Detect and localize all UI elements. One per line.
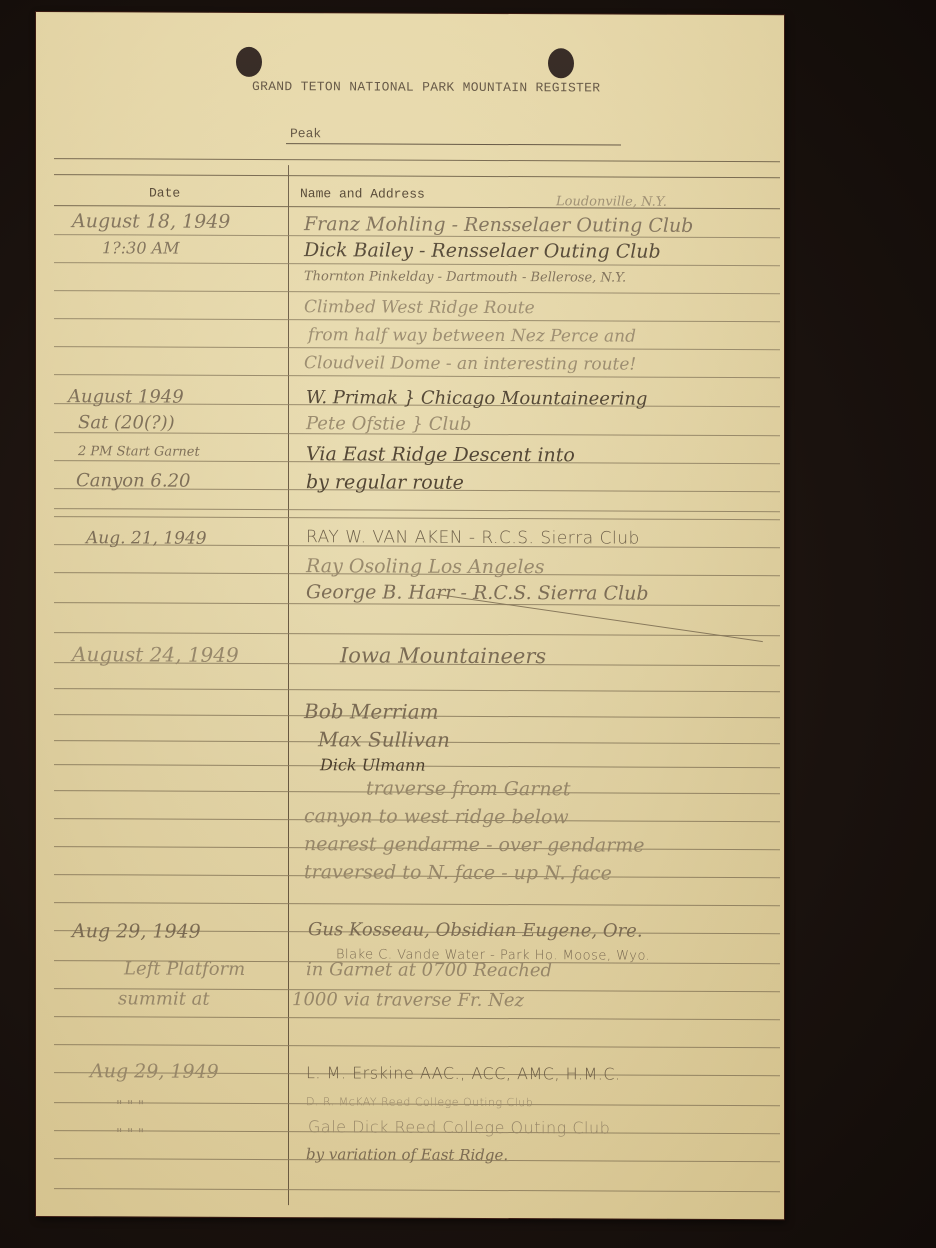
entry-address: Loudonville, N.Y. — [556, 194, 667, 209]
peak-blank-line — [286, 143, 621, 146]
entry-note: Climbed West Ridge Route — [304, 297, 535, 318]
entry-note: traverse from Garnet — [366, 777, 570, 800]
entry-time: 1?:30 AM — [102, 238, 180, 257]
entry-name: Dick Bailey - Rensselaer Outing Club — [304, 239, 661, 263]
entry-name: Ray Osoling Los Angeles — [306, 555, 544, 578]
entry-name: Dick Ulmann — [320, 755, 426, 774]
column-header-date: Date — [149, 185, 180, 200]
register-title: GRAND TETON NATIONAL PARK MOUNTAIN REGIS… — [252, 79, 600, 96]
entry-name: Bob Merriam — [304, 699, 439, 724]
entry-time: Left Platform — [124, 958, 245, 980]
entry-name: Gus Kosseau, Obsidian Eugene, Ore. — [308, 919, 643, 941]
entry-note: Cloudveil Dome - an interesting route! — [304, 353, 636, 374]
entry-name: L. M. Erskine AAC., ACC, AMC, H.M.C. — [306, 1063, 621, 1083]
entry-note: canyon to west ridge below — [304, 805, 569, 828]
ruled-line — [54, 1016, 780, 1020]
ruled-line — [54, 346, 780, 350]
entry-club: Iowa Mountaineers — [340, 643, 546, 668]
peak-label: Peak — [290, 126, 321, 141]
entry-note: Via East Ridge Descent into — [306, 443, 575, 466]
entry-date: August 24, 1949 — [72, 642, 239, 667]
entry-note: by variation of East Ridge. — [306, 1145, 508, 1164]
entry-time: summit at — [118, 988, 210, 1009]
entry-time: 2 PM Start Garnet — [78, 444, 200, 460]
entry-name: Thornton Pinkelday - Dartmouth - Bellero… — [304, 269, 626, 285]
ruled-line — [54, 1188, 780, 1192]
entry-date: Aug. 21, 1949 — [86, 528, 207, 549]
ruled-line — [54, 1044, 780, 1048]
entry-date: Aug 29, 1949 — [72, 920, 201, 943]
entry-name: RAY W. VAN AKEN - R.C.S. Sierra Club — [306, 527, 640, 548]
entry-time: Canyon 6.20 — [76, 470, 191, 491]
entry-note: 1000 via traverse Fr. Nez — [292, 989, 524, 1011]
entry-note: nearest gendarme - over gendarme — [304, 833, 645, 856]
entry-note: by regular route — [306, 471, 464, 494]
punch-hole — [548, 48, 574, 78]
ruled-line — [54, 902, 780, 906]
ruled-line — [54, 290, 780, 294]
column-header-name: Name and Address — [300, 186, 425, 202]
entry-name: Max Sullivan — [318, 727, 450, 752]
entry-name: Gale Dick Reed College Outing Club — [308, 1117, 610, 1137]
punch-hole — [236, 47, 262, 77]
entry-name: George B. Harr - R.C.S. Sierra Club — [306, 581, 649, 604]
entry-note: in Garnet at 0700 Reached — [306, 959, 552, 981]
entry-name: Pete Ofstie } Club — [306, 413, 471, 435]
column-divider — [288, 165, 289, 1205]
ditto-marks: " " " — [116, 1126, 144, 1142]
entry-name: W. Primak } Chicago Mountaineering — [306, 387, 647, 409]
header-rule — [54, 174, 780, 178]
entry-name: D. R. McKAY Reed College Outing Club — [306, 1095, 533, 1109]
ruled-line — [54, 508, 780, 512]
ditto-marks: " " " — [116, 1098, 144, 1114]
entry-date: August 1949 — [68, 386, 184, 408]
entry-date: Aug 29, 1949 — [90, 1060, 219, 1083]
ruled-line — [54, 374, 780, 378]
entry-note: from half way between Nez Perce and — [308, 325, 636, 346]
ruled-line — [54, 632, 780, 636]
ruled-line — [54, 516, 780, 520]
entry-date: August 18, 1949 — [72, 210, 230, 233]
ruled-line — [54, 688, 780, 692]
entry-date: Sat (20(?)) — [78, 412, 175, 433]
entry-name: Franz Mohling - Rensselaer Outing Club — [304, 213, 693, 237]
entry-note: traversed to N. face - up N. face — [304, 861, 612, 884]
ruled-line — [54, 318, 780, 322]
header-rule — [54, 158, 780, 162]
header-rule — [54, 205, 780, 209]
register-sheet: GRAND TETON NATIONAL PARK MOUNTAIN REGIS… — [36, 12, 784, 1219]
ruled-line — [54, 262, 780, 266]
